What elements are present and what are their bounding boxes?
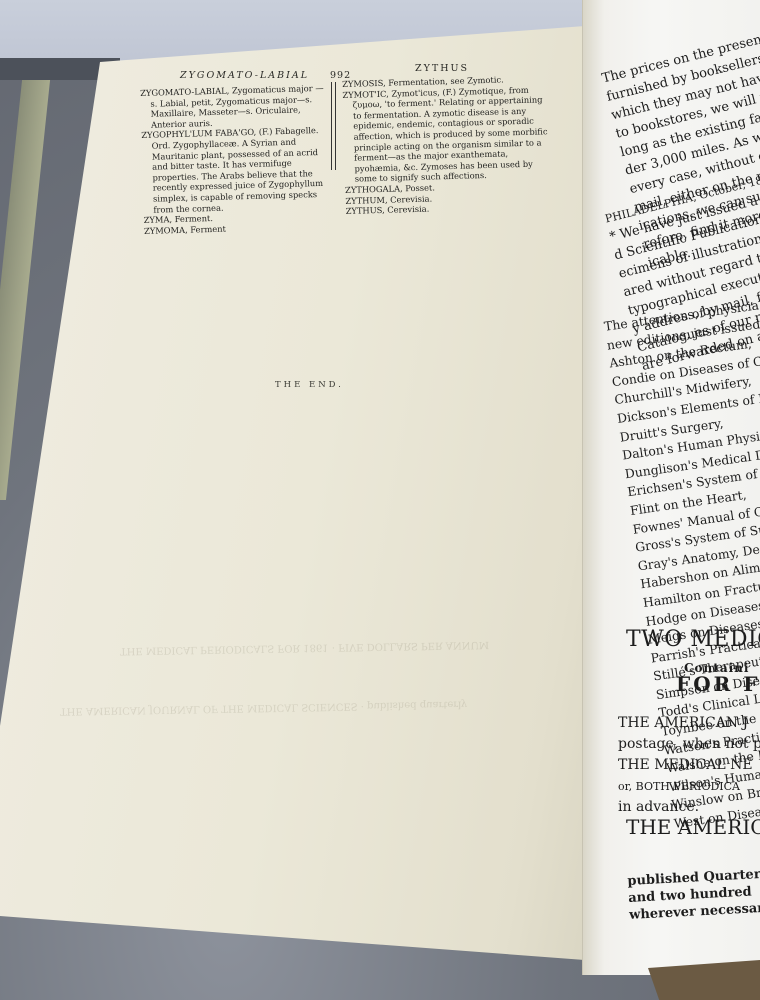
ad-heading-2: THE AMERIC (626, 818, 760, 837)
dictionary-entry: ZYMOT'IC, Zymot'icus, (F.) Zymotique, fr… (342, 84, 550, 185)
running-head-right: ZYTHUS (415, 63, 469, 74)
dictionary-entry: ZYGOPHYL'LUM FABA'GO, (F.) Fabagelle. Or… (141, 125, 333, 215)
ad-body: THE AMERICAN J postage, when not p THE M… (618, 713, 760, 818)
dictionary-column-left: ZYGOMATO-LABIAL, Zygomaticus major —s. L… (140, 83, 334, 237)
ad-line: or, BOTH PERIODICA (618, 776, 760, 797)
dictionary-entry: ZYGOMATO-LABIAL, Zygomaticus major —s. L… (140, 83, 331, 131)
ad-heading: TWO MEDICA (626, 630, 760, 649)
column-divider (331, 82, 336, 170)
dictionary-column-right: ZYMOSIS, Fermentation, see Zymotic. ZYMO… (342, 73, 551, 216)
ad-for-line: FOR F (676, 675, 760, 694)
ad-footer: published Quarterly, and two hundred whe… (627, 865, 760, 924)
running-head-left: ZYGOMATO-LABIAL (180, 70, 309, 81)
ad-line: THE MEDICAL NE (618, 755, 760, 776)
the-end-mark: THE END. (275, 380, 344, 390)
ad-line: THE AMERICAN J (618, 713, 760, 734)
ad-line: postage, when not p (618, 734, 760, 755)
